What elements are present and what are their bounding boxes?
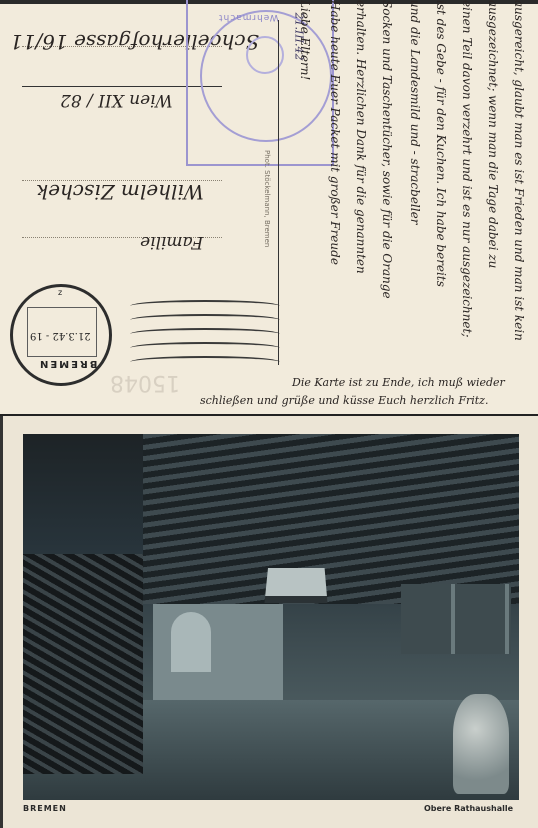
cancellation-wave (130, 356, 280, 368)
caption-city: BREMEN (23, 804, 67, 813)
arched-window (171, 612, 211, 672)
message-line: einen Teil davon verzehrt und ist es nur… (460, 0, 474, 370)
postmark-letter: z (58, 288, 62, 297)
wall-paintings (401, 584, 511, 654)
postmark-city: BREMEN (38, 358, 97, 369)
address-city: Wien XII / 82 (60, 90, 173, 110)
censor-stamp-text: Wehrmacht (218, 12, 279, 22)
cancellation-wave (130, 314, 280, 326)
hall-photograph (23, 434, 519, 800)
message-line: Socken und Taschentücher, sowie für die … (380, 0, 394, 370)
address-divider (278, 20, 279, 365)
postcard-back: Schoellerhofgasse 16/11 Wien XII / 82 Wi… (0, 0, 538, 416)
publisher-imprint: Phot. Stöckelmann, Bremen (263, 150, 271, 247)
spiral-staircase (23, 554, 143, 774)
postmark-date: 21.3.42 - 19 (30, 330, 91, 341)
pencil-number: 15048 (110, 370, 180, 395)
coffered-ceiling (143, 434, 519, 604)
message-line: Liebe Eltern! (298, 0, 312, 370)
address-name: Wilhelm Zischek (36, 180, 204, 204)
censor-stamp (200, 10, 332, 142)
postcard-front: BREMEN Obere Rathaushalle (0, 416, 538, 828)
lion-statue (453, 694, 509, 794)
message-line: erhalten. Herzlichen Dank für die genann… (354, 0, 368, 370)
cancellation-wave (130, 300, 280, 312)
message-line: ist des Gebe - für den Kuchen. Ich habe … (434, 0, 448, 370)
message-footer-2: schließen und grüße und küsse Euch herzl… (200, 394, 488, 407)
cancellation-wave (130, 342, 280, 354)
message-line: ausgereicht, glaubt man es ist Frieden u… (512, 0, 526, 370)
message-footer-1: Die Karte ist zu Ende, ich muß wieder (292, 376, 505, 389)
caption-title: Obere Rathaushalle (424, 804, 513, 813)
message-line: Habe heute Euer Packet mit großer Freude (328, 0, 342, 370)
cancellation-wave (130, 328, 280, 340)
address-salutation: Familie (140, 232, 203, 252)
message-line: und die Landesmild und - stracbeller (408, 0, 422, 370)
message-line: ausgezeichnet; wenn man die Tage dabei z… (486, 0, 500, 370)
